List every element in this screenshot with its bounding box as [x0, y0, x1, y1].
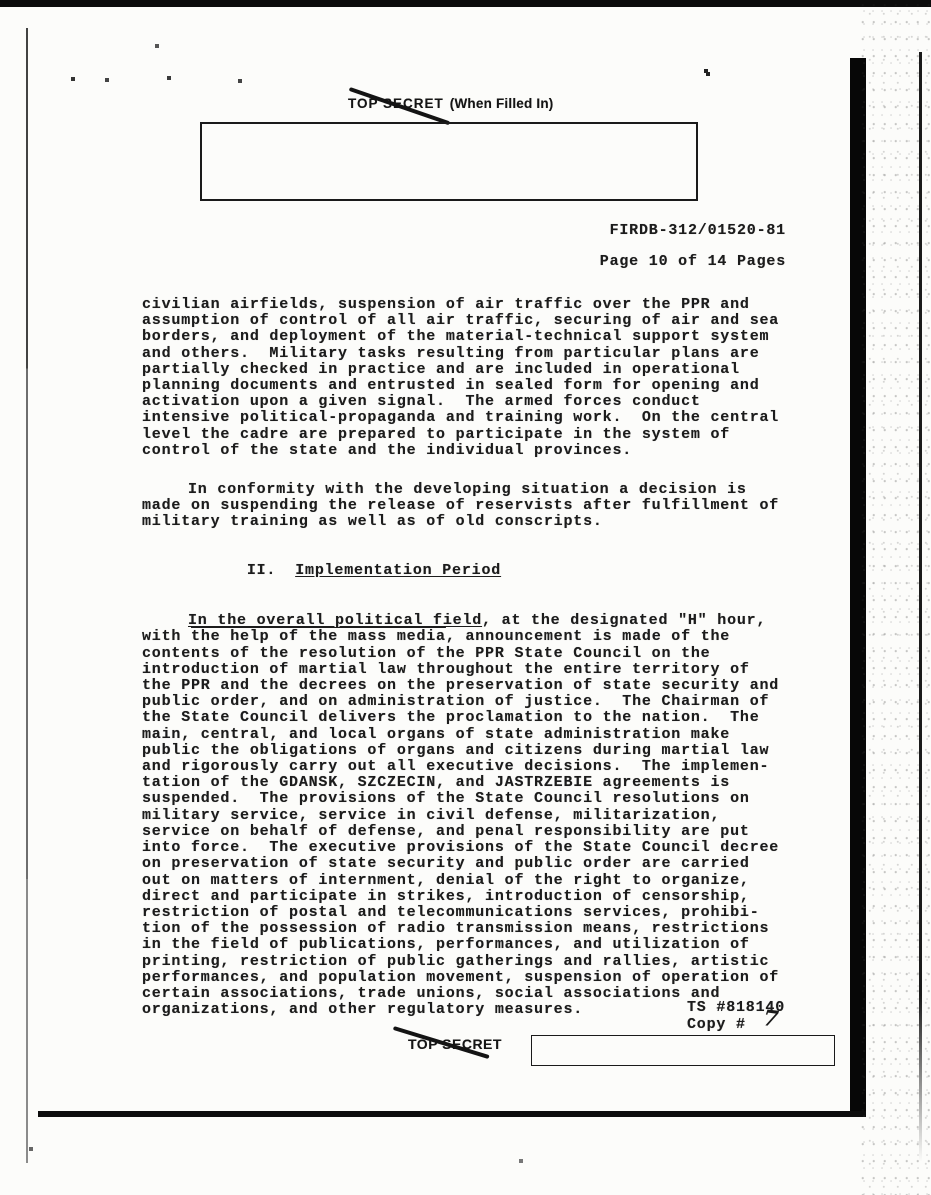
scanned-document-page: TOP SECRET(When Filled In) FIRDB-312/015…: [0, 0, 931, 1195]
overlined-phrase: the help of the mass media: [191, 628, 446, 645]
copy-number-label: Copy #: [687, 1017, 746, 1033]
scan-speck-artifacts: [0, 0, 2, 2]
page-number-label: Page 10 of 14 Pages: [600, 254, 786, 270]
section-title: Implementation Period: [295, 562, 501, 579]
scan-bottom-rule: [38, 1111, 866, 1117]
empty-routing-box: [200, 122, 698, 201]
document-number: FIRDB-312/01520-81: [610, 223, 786, 239]
section-numeral: II.: [247, 562, 276, 579]
document-body: civilian airfields, suspension of air tr…: [142, 297, 810, 1018]
empty-footer-box: [531, 1035, 835, 1066]
paragraph-reservists: In conformity with the developing situat…: [142, 482, 810, 531]
underlined-lead-phrase: In the overall political field: [188, 612, 482, 629]
section-heading: II.Implementation Period: [142, 547, 810, 596]
handwritten-copy-number: 7: [761, 1005, 779, 1033]
paragraph-continuation: civilian airfields, suspension of air tr…: [142, 297, 810, 459]
paragraph-rest-text: , announcement is made of the contents o…: [142, 628, 779, 1018]
classification-suffix: (When Filled In): [450, 96, 554, 111]
paragraph-implementation: In the overall political field, at the d…: [142, 613, 810, 1018]
scan-top-edge-bar: [0, 0, 931, 7]
scan-noise-texture: [860, 0, 931, 1195]
scan-left-margin-line: [26, 28, 28, 1163]
